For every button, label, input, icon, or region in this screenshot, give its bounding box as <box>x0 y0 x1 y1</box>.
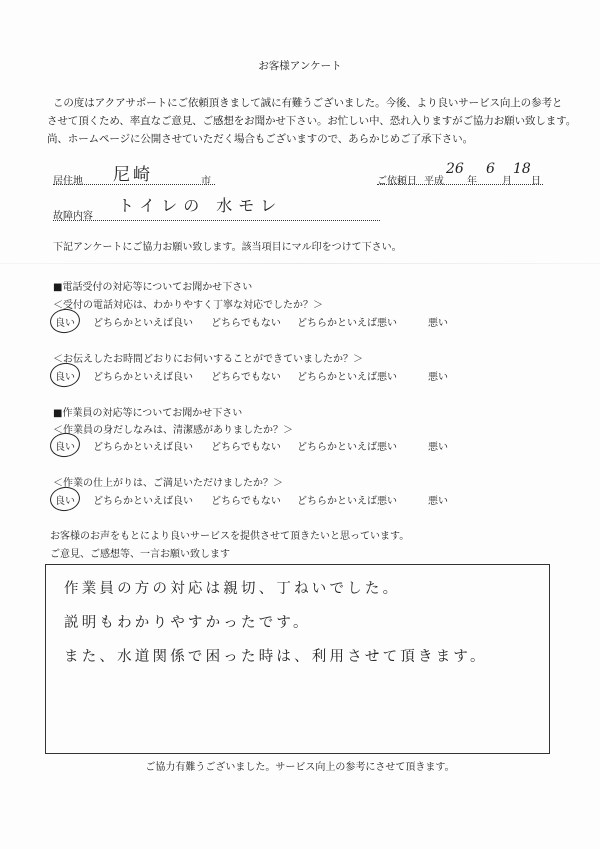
request-date-day[interactable]: 18 <box>513 161 531 177</box>
intro-line-1: この度はアクアサポートにご依頼頂きまして誠に有難うございました。今後、より良いサ… <box>53 95 562 110</box>
comment-line-3: また、水道関係で困った時は、利用させて頂きます。 <box>64 645 488 666</box>
rating-option-good[interactable]: 良い <box>55 438 75 453</box>
request-date-month[interactable]: 6 <box>486 161 495 177</box>
footer-thanks: ご協力有難うございました。サービス向上の参考にさせて頂きます。 <box>0 758 600 773</box>
question-phone-courtesy: ＜受付の電話対応は、わかりやすく丁寧な対応でしたか？＞ <box>53 296 323 311</box>
rating-option-somewhat-bad[interactable]: どちらかといえば悪い <box>297 368 397 383</box>
rating-option-bad[interactable]: 悪い <box>428 314 448 329</box>
issue-value[interactable]: トイレの 水モレ <box>118 193 282 216</box>
rating-option-somewhat-bad[interactable]: どちらかといえば悪い <box>297 438 397 453</box>
rating-option-good[interactable]: 良い <box>55 368 75 383</box>
rating-option-neutral[interactable]: どちらでもない <box>211 492 281 507</box>
rating-option-good[interactable]: 良い <box>55 492 75 507</box>
rating-option-neutral[interactable]: どちらでもない <box>211 438 281 453</box>
paper-fold-line <box>0 263 600 264</box>
instruction-text: 下記アンケートにご協力お願い致します。該当項目にマル印をつけて下さい。 <box>53 238 402 253</box>
rating-option-bad[interactable]: 悪い <box>428 438 448 453</box>
rating-option-bad[interactable]: 悪い <box>428 368 448 383</box>
rating-option-neutral[interactable]: どちらでもない <box>211 368 281 383</box>
rating-option-good[interactable]: 良い <box>55 314 75 329</box>
rating-option-somewhat-good[interactable]: どちらかといえば良い <box>93 368 193 383</box>
intro-line-2: させて頂くため、率直なご意見、ご感想をお聞かせ下さい。お忙しい中、恐れ入りますが… <box>47 113 576 128</box>
intro-line-3: 尚、ホームページに公開させていただく場合もございますので、あらかじめご了承下さい… <box>47 131 473 146</box>
section-heading-worker: ■作業員の対応等についてお聞かせ下さい <box>53 404 242 419</box>
rating-option-somewhat-bad[interactable]: どちらかといえば悪い <box>297 492 397 507</box>
comment-prompt-line-2: ご意見、ご感想等、一言お願い致します <box>50 545 230 560</box>
comment-line-2: 説明もわかりやすかったです。 <box>64 611 311 632</box>
request-date-underline <box>377 184 543 185</box>
rating-option-neutral[interactable]: どちらでもない <box>211 314 281 329</box>
question-worker-appearance: ＜作業員の身だしなみは、清潔感がありましたか？＞ <box>53 421 293 436</box>
question-phone-punctuality: ＜お伝えしたお時間どおりにお伺いすることができていましたか？＞ <box>53 350 363 365</box>
comment-prompt-line-1: お客様のお声をもとにより良いサービスを提供させて頂きたいと思っています。 <box>50 527 409 542</box>
request-date-year[interactable]: 26 <box>446 161 464 177</box>
comment-line-1: 作業員の方の対応は親切、丁ねいでした。 <box>64 577 400 598</box>
rating-option-somewhat-bad[interactable]: どちらかといえば悪い <box>297 314 397 329</box>
residence-value[interactable]: 尼崎 <box>113 160 153 185</box>
section-heading-phone: ■電話受付の対応等についてお聞かせ下さい <box>53 278 252 293</box>
rating-option-somewhat-good[interactable]: どちらかといえば良い <box>93 492 193 507</box>
residence-underline <box>53 184 215 185</box>
survey-title: お客様アンケート <box>0 58 600 73</box>
rating-option-somewhat-good[interactable]: どちらかといえば良い <box>93 438 193 453</box>
question-work-quality: ＜作業の仕上がりは、ご満足いただけましたか？＞ <box>53 474 283 489</box>
issue-underline <box>53 220 380 221</box>
comment-box[interactable]: 作業員の方の対応は親切、丁ねいでした。 説明もわかりやすかったです。 また、水道… <box>45 564 550 754</box>
rating-option-bad[interactable]: 悪い <box>428 492 448 507</box>
rating-option-somewhat-good[interactable]: どちらかといえば良い <box>93 314 193 329</box>
